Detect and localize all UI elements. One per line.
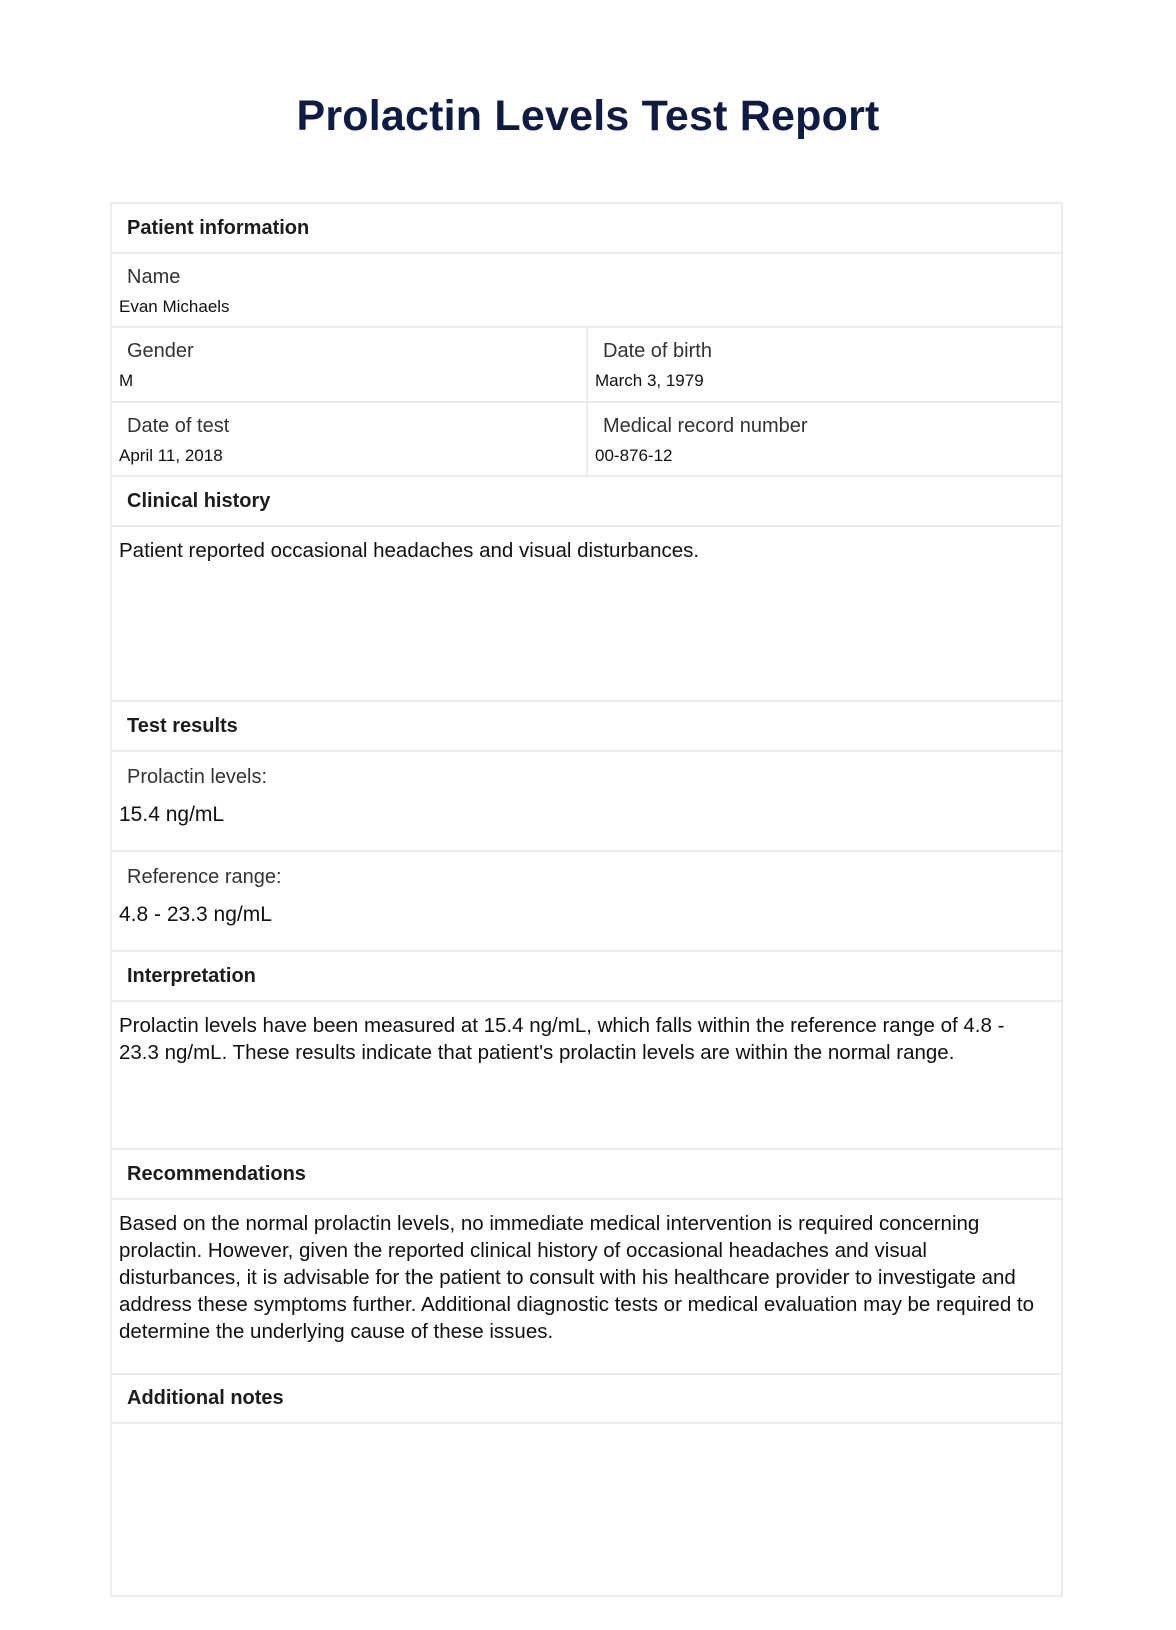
additional-notes-text[interactable] xyxy=(112,1424,1061,1595)
date-of-test-field: Date of test April 11, 2018 xyxy=(112,403,588,475)
name-label: Name xyxy=(119,266,1061,289)
reference-range-value[interactable]: 4.8 - 23.3 ng/mL xyxy=(119,903,1061,927)
report-form: Patient information Name Evan Michaels G… xyxy=(110,202,1063,1597)
prolactin-levels-field: Prolactin levels: 15.4 ng/mL xyxy=(112,752,1061,852)
date-of-birth-value[interactable]: March 3, 1979 xyxy=(595,371,1061,391)
medical-record-number-field: Medical record number 00-876-12 xyxy=(588,403,1061,475)
report-title: Prolactin Levels Test Report xyxy=(0,92,1176,141)
clinical-history-heading: Clinical history xyxy=(112,477,1061,527)
medical-record-number-value[interactable]: 00-876-12 xyxy=(595,446,1061,466)
prolactin-levels-value[interactable]: 15.4 ng/mL xyxy=(119,803,1061,827)
date-of-test-value[interactable]: April 11, 2018 xyxy=(119,446,586,466)
gender-field: Gender M xyxy=(112,328,588,401)
reference-range-label: Reference range: xyxy=(119,866,1061,889)
date-of-birth-label: Date of birth xyxy=(595,340,1061,363)
test-date-mrn-row: Date of test April 11, 2018 Medical reco… xyxy=(112,403,1061,477)
gender-label: Gender xyxy=(119,340,586,363)
prolactin-levels-label: Prolactin levels: xyxy=(119,766,1061,789)
additional-notes-heading: Additional notes xyxy=(112,1375,1061,1424)
name-value[interactable]: Evan Michaels xyxy=(119,297,1061,317)
date-of-birth-field: Date of birth March 3, 1979 xyxy=(588,328,1061,401)
medical-record-number-label: Medical record number xyxy=(595,415,1061,438)
interpretation-heading: Interpretation xyxy=(112,952,1061,1002)
gender-dob-row: Gender M Date of birth March 3, 1979 xyxy=(112,328,1061,403)
date-of-test-label: Date of test xyxy=(119,415,586,438)
name-field: Name Evan Michaels xyxy=(112,254,1061,328)
interpretation-text[interactable]: Prolactin levels have been measured at 1… xyxy=(112,1002,1061,1150)
recommendations-heading: Recommendations xyxy=(112,1150,1061,1200)
clinical-history-text[interactable]: Patient reported occasional headaches an… xyxy=(112,527,1061,702)
patient-information-heading: Patient information xyxy=(112,204,1061,254)
reference-range-field: Reference range: 4.8 - 23.3 ng/mL xyxy=(112,852,1061,952)
gender-value[interactable]: M xyxy=(119,371,586,391)
recommendations-text[interactable]: Based on the normal prolactin levels, no… xyxy=(112,1200,1061,1375)
test-results-heading: Test results xyxy=(112,702,1061,752)
